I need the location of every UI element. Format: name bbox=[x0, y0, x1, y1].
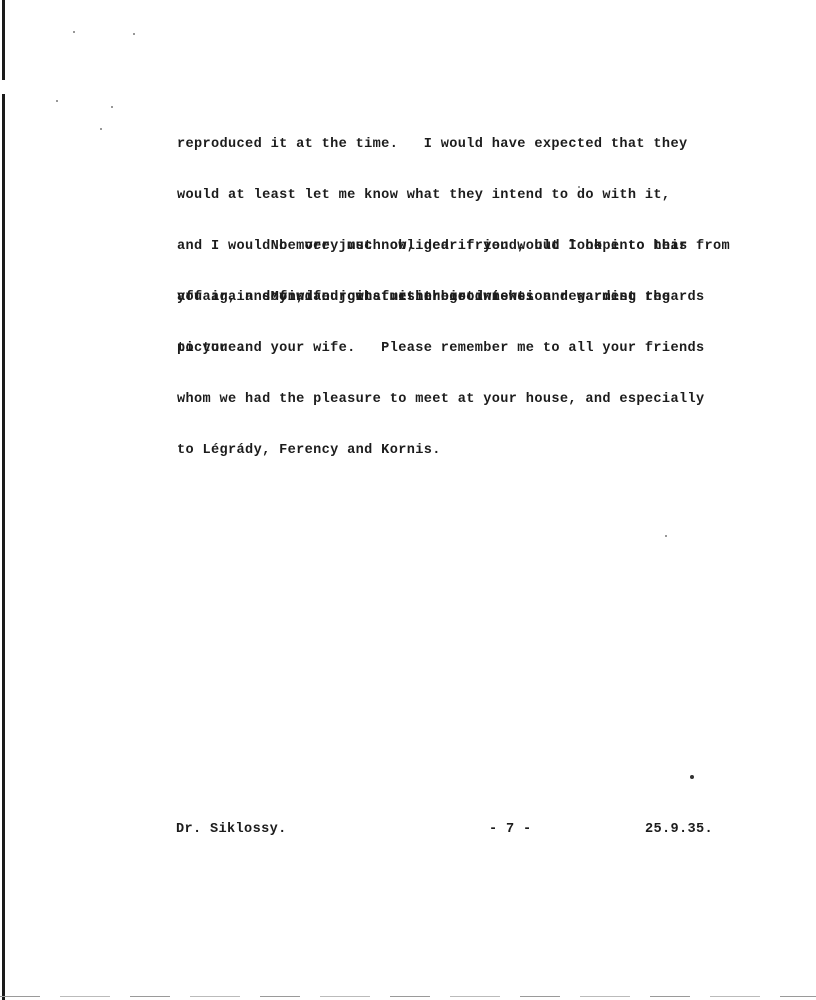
text-line: My wife joins me in best wishes and warm… bbox=[177, 289, 704, 306]
footer-recipient: Dr. Siklossy. bbox=[176, 821, 287, 838]
footer-page-number: - 7 - bbox=[489, 821, 532, 838]
scan-speck bbox=[100, 128, 102, 130]
text-line: would at least let me know what they int… bbox=[177, 187, 687, 204]
scan-speck bbox=[690, 775, 694, 779]
paragraph-3: My wife joins me in best wishes and warm… bbox=[177, 255, 704, 493]
text-line: whom we had the pleasure to meet at your… bbox=[177, 391, 704, 408]
scan-bottom-edge bbox=[0, 996, 816, 997]
scan-speck bbox=[73, 31, 75, 33]
text-line: reproduced it at the time. I would have … bbox=[177, 136, 687, 153]
scan-speck bbox=[133, 33, 135, 35]
scan-edge-gap bbox=[1, 80, 6, 94]
scan-left-edge bbox=[2, 0, 5, 1000]
footer-date: 25.9.35. bbox=[645, 821, 713, 838]
text-line: to Légrády, Ferency and Kornis. bbox=[177, 442, 704, 459]
document-page: reproduced it at the time. I would have … bbox=[0, 0, 816, 1000]
scan-speck bbox=[56, 100, 58, 102]
scan-speck bbox=[111, 106, 113, 108]
scan-speck bbox=[665, 535, 667, 537]
text-line: to you and your wife. Please remember me… bbox=[177, 340, 704, 357]
text-line: No more just now, dear friend, but I hop… bbox=[177, 238, 730, 255]
